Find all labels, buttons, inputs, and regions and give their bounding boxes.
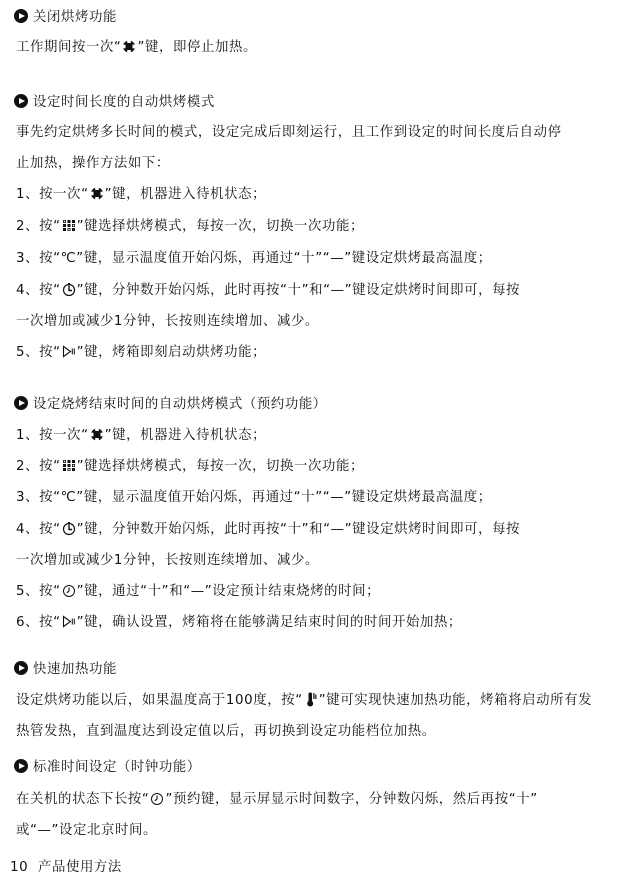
body-text-line: 5、按“”键，通过“十”和“—”设定预计结束烧烤的时间； (16, 582, 380, 602)
text-run: 2、按“ (16, 459, 61, 474)
section-heading: 设定时间长度的自动烘烤模式 (14, 93, 215, 113)
body-text-line: 或“—”设定北京时间。 (16, 821, 157, 841)
text-run: 热管发热，直到温度达到设定值以后，再切换到设定功能档位加热。 (16, 724, 436, 739)
text-run: 4、按“ (16, 522, 61, 537)
body-text-line: 5、按“”键，烤箱即刻启动烘烤功能； (16, 343, 266, 363)
body-text-line: 6、按“”键，确认设置，烤箱将在能够满足结束时间的时间开始加热； (16, 613, 462, 633)
text-run: ”键，即停止加热。 (137, 40, 256, 55)
clock-key-icon (150, 791, 164, 806)
text-run: ”键选择烘烤模式，每按一次，切换一次功能； (77, 459, 364, 474)
body-text-line: 4、按“”键，分钟数开始闪烁，此时再按“十”和“—”键设定烘烤时间即可，每按 (16, 281, 520, 301)
power-key-icon (90, 427, 104, 442)
text-run: 工作期间按一次“ (16, 40, 121, 55)
text-run: 2、按“ (16, 219, 61, 234)
body-text-line: 工作期间按一次“”键，即停止加热。 (16, 38, 257, 58)
body-text-line: 一次增加或减少1分钟，长按则连续增加、减少。 (16, 551, 319, 571)
text-run: 6、按“ (16, 615, 61, 630)
text-run: 3、按“℃”键，显示温度值开始闪烁，再通过“十”“—”键设定烘烤最高温度； (16, 490, 492, 505)
text-run: ”预约键，显示屏显示时间数字，分钟数闪烁，然后再按“十” (165, 792, 537, 807)
body-text-line: 止加热，操作方法如下： (16, 154, 170, 174)
text-run: 在关机的状态下长按“ (16, 792, 149, 807)
text-run: ”键，通过“十”和“—”设定预计结束烧烤的时间； (77, 584, 381, 599)
section-heading-text: 关闭烘烤功能 (33, 10, 117, 25)
section-heading-text: 标准时间设定（时钟功能） (33, 760, 201, 775)
text-run: 1、按一次“ (16, 428, 89, 443)
play-circle-icon (14, 94, 28, 108)
text-run: 3、按“℃”键，显示温度值开始闪烁，再通过“十”“—”键设定烘烤最高温度； (16, 251, 492, 266)
body-text-line: 事先约定烘烤多长时间的模式，设定完成后即刻运行，且工作到设定的时间长度后自动停 (16, 123, 562, 143)
text-run: ”键，机器进入待机状态； (105, 428, 266, 443)
page-number: 10 (10, 860, 28, 875)
section-heading: 快速加热功能 (14, 660, 117, 680)
text-run: ”键可实现快速加热功能，烤箱将启动所有发 (319, 693, 592, 708)
section-heading-text: 设定烧烤结束时间的自动烘烤模式（预约功能） (33, 397, 327, 412)
section-heading-text: 快速加热功能 (33, 662, 117, 677)
text-run: 5、按“ (16, 584, 61, 599)
section-heading: 标准时间设定（时钟功能） (14, 758, 201, 778)
body-text-line: 热管发热，直到温度达到设定值以后，再切换到设定功能档位加热。 (16, 722, 436, 742)
play-pause-key-icon (62, 614, 76, 629)
text-run: 1、按一次“ (16, 187, 89, 202)
text-run: 一次增加或减少1分钟，长按则连续增加、减少。 (16, 314, 319, 329)
play-circle-icon (14, 396, 28, 410)
body-text-line: 1、按一次“”键，机器进入待机状态； (16, 185, 266, 205)
body-text-line: 3、按“℃”键，显示温度值开始闪烁，再通过“十”“—”键设定烘烤最高温度； (16, 249, 492, 269)
text-run: 事先约定烘烤多长时间的模式，设定完成后即刻运行，且工作到设定的时间长度后自动停 (16, 125, 562, 140)
play-circle-icon (14, 661, 28, 675)
section-heading: 关闭烘烤功能 (14, 8, 117, 28)
body-text-line: 在关机的状态下长按“”预约键，显示屏显示时间数字，分钟数闪烁，然后再按“十” (16, 790, 538, 810)
play-circle-icon (14, 759, 28, 773)
text-run: 或“—”设定北京时间。 (16, 823, 157, 838)
text-run: 5、按“ (16, 345, 61, 360)
timer-key-icon (62, 282, 76, 297)
power-key-icon (122, 39, 136, 54)
body-text-line: 4、按“”键，分钟数开始闪烁，此时再按“十”和“—”键设定烘烤时间即可，每按 (16, 520, 520, 540)
text-run: ”键选择烘烤模式，每按一次，切换一次功能； (77, 219, 364, 234)
section-heading: 设定烧烤结束时间的自动烘烤模式（预约功能） (14, 395, 327, 415)
text-run: 设定烘烤功能以后，如果温度高于100度，按“ (16, 693, 303, 708)
text-run: ”键，烤箱即刻启动烘烤功能； (77, 345, 266, 360)
body-text-line: 2、按“”键选择烘烤模式，每按一次，切换一次功能； (16, 217, 364, 237)
text-run: ”键，分钟数开始闪烁，此时再按“十”和“—”键设定烘烤时间即可，每按 (77, 283, 520, 298)
body-text-line: 2、按“”键选择烘烤模式，每按一次，切换一次功能； (16, 457, 364, 477)
body-text-line: 1、按一次“”键，机器进入待机状态； (16, 426, 266, 446)
play-circle-icon (14, 9, 28, 23)
body-text-line: 设定烘烤功能以后，如果温度高于100度，按“”键可实现快速加热功能，烤箱将启动所… (16, 691, 592, 711)
menu-grid-key-icon (62, 458, 76, 473)
clock-key-icon (62, 583, 76, 598)
page-footer: 10 产品使用方法 (10, 858, 122, 878)
spacer (28, 860, 38, 875)
text-run: 止加热，操作方法如下： (16, 156, 170, 171)
text-run: 一次增加或减少1分钟，长按则连续增加、减少。 (16, 553, 319, 568)
text-run: ”键，机器进入待机状态； (105, 187, 266, 202)
menu-grid-key-icon (62, 218, 76, 233)
power-key-icon (90, 186, 104, 201)
body-text-line: 一次增加或减少1分钟，长按则连续增加、减少。 (16, 312, 319, 332)
play-pause-key-icon (62, 344, 76, 359)
timer-key-icon (62, 521, 76, 536)
body-text-line: 3、按“℃”键，显示温度值开始闪烁，再通过“十”“—”键设定烘烤最高温度； (16, 488, 492, 508)
chapter-title: 产品使用方法 (38, 860, 122, 875)
text-run: ”键，分钟数开始闪烁，此时再按“十”和“—”键设定烘烤时间即可，每按 (77, 522, 520, 537)
text-run: ”键，确认设置，烤箱将在能够满足结束时间的时间开始加热； (77, 615, 462, 630)
thermometer-key-icon (304, 692, 318, 707)
text-run: 4、按“ (16, 283, 61, 298)
section-heading-text: 设定时间长度的自动烘烤模式 (33, 95, 215, 110)
